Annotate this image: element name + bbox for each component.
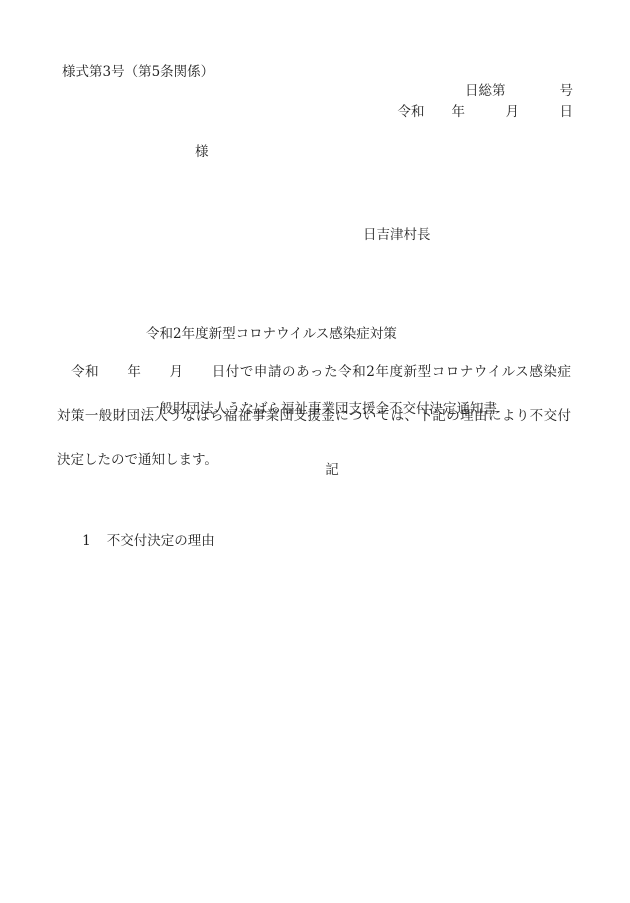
notice-title-line1: 令和2年度新型コロナウイルス感染症対策 (146, 322, 497, 347)
body-line-2: 対策一般財団法人うなばら福祉事業団支援金については、下記の理由により不交付 (57, 405, 571, 449)
form-number-label: 様式第3号（第5条関係） (62, 62, 214, 82)
sender-title: 日吉津村長 (363, 225, 431, 245)
reason-item: 1不交付決定の理由 (65, 511, 215, 571)
addressee-honorific: 様 (195, 142, 209, 162)
record-marker: 記 (57, 460, 571, 480)
date-line: 令和 年 月 日 (57, 102, 573, 122)
reason-item-number: 1 (82, 531, 91, 551)
body-paragraph: 令和 年 月 日付で申請のあった令和2年度新型コロナウイルス感染症 対策一般財団… (57, 361, 571, 471)
reason-item-label: 不交付決定の理由 (107, 533, 215, 549)
document-page: 様式第3号（第5条関係） 日総第 号 令和 年 月 日 様 日吉津村長 令和2年… (0, 0, 630, 903)
body-line-1: 令和 年 月 日付で申請のあった令和2年度新型コロナウイルス感染症 (57, 361, 571, 405)
document-number-line: 日総第 号 (57, 81, 573, 101)
